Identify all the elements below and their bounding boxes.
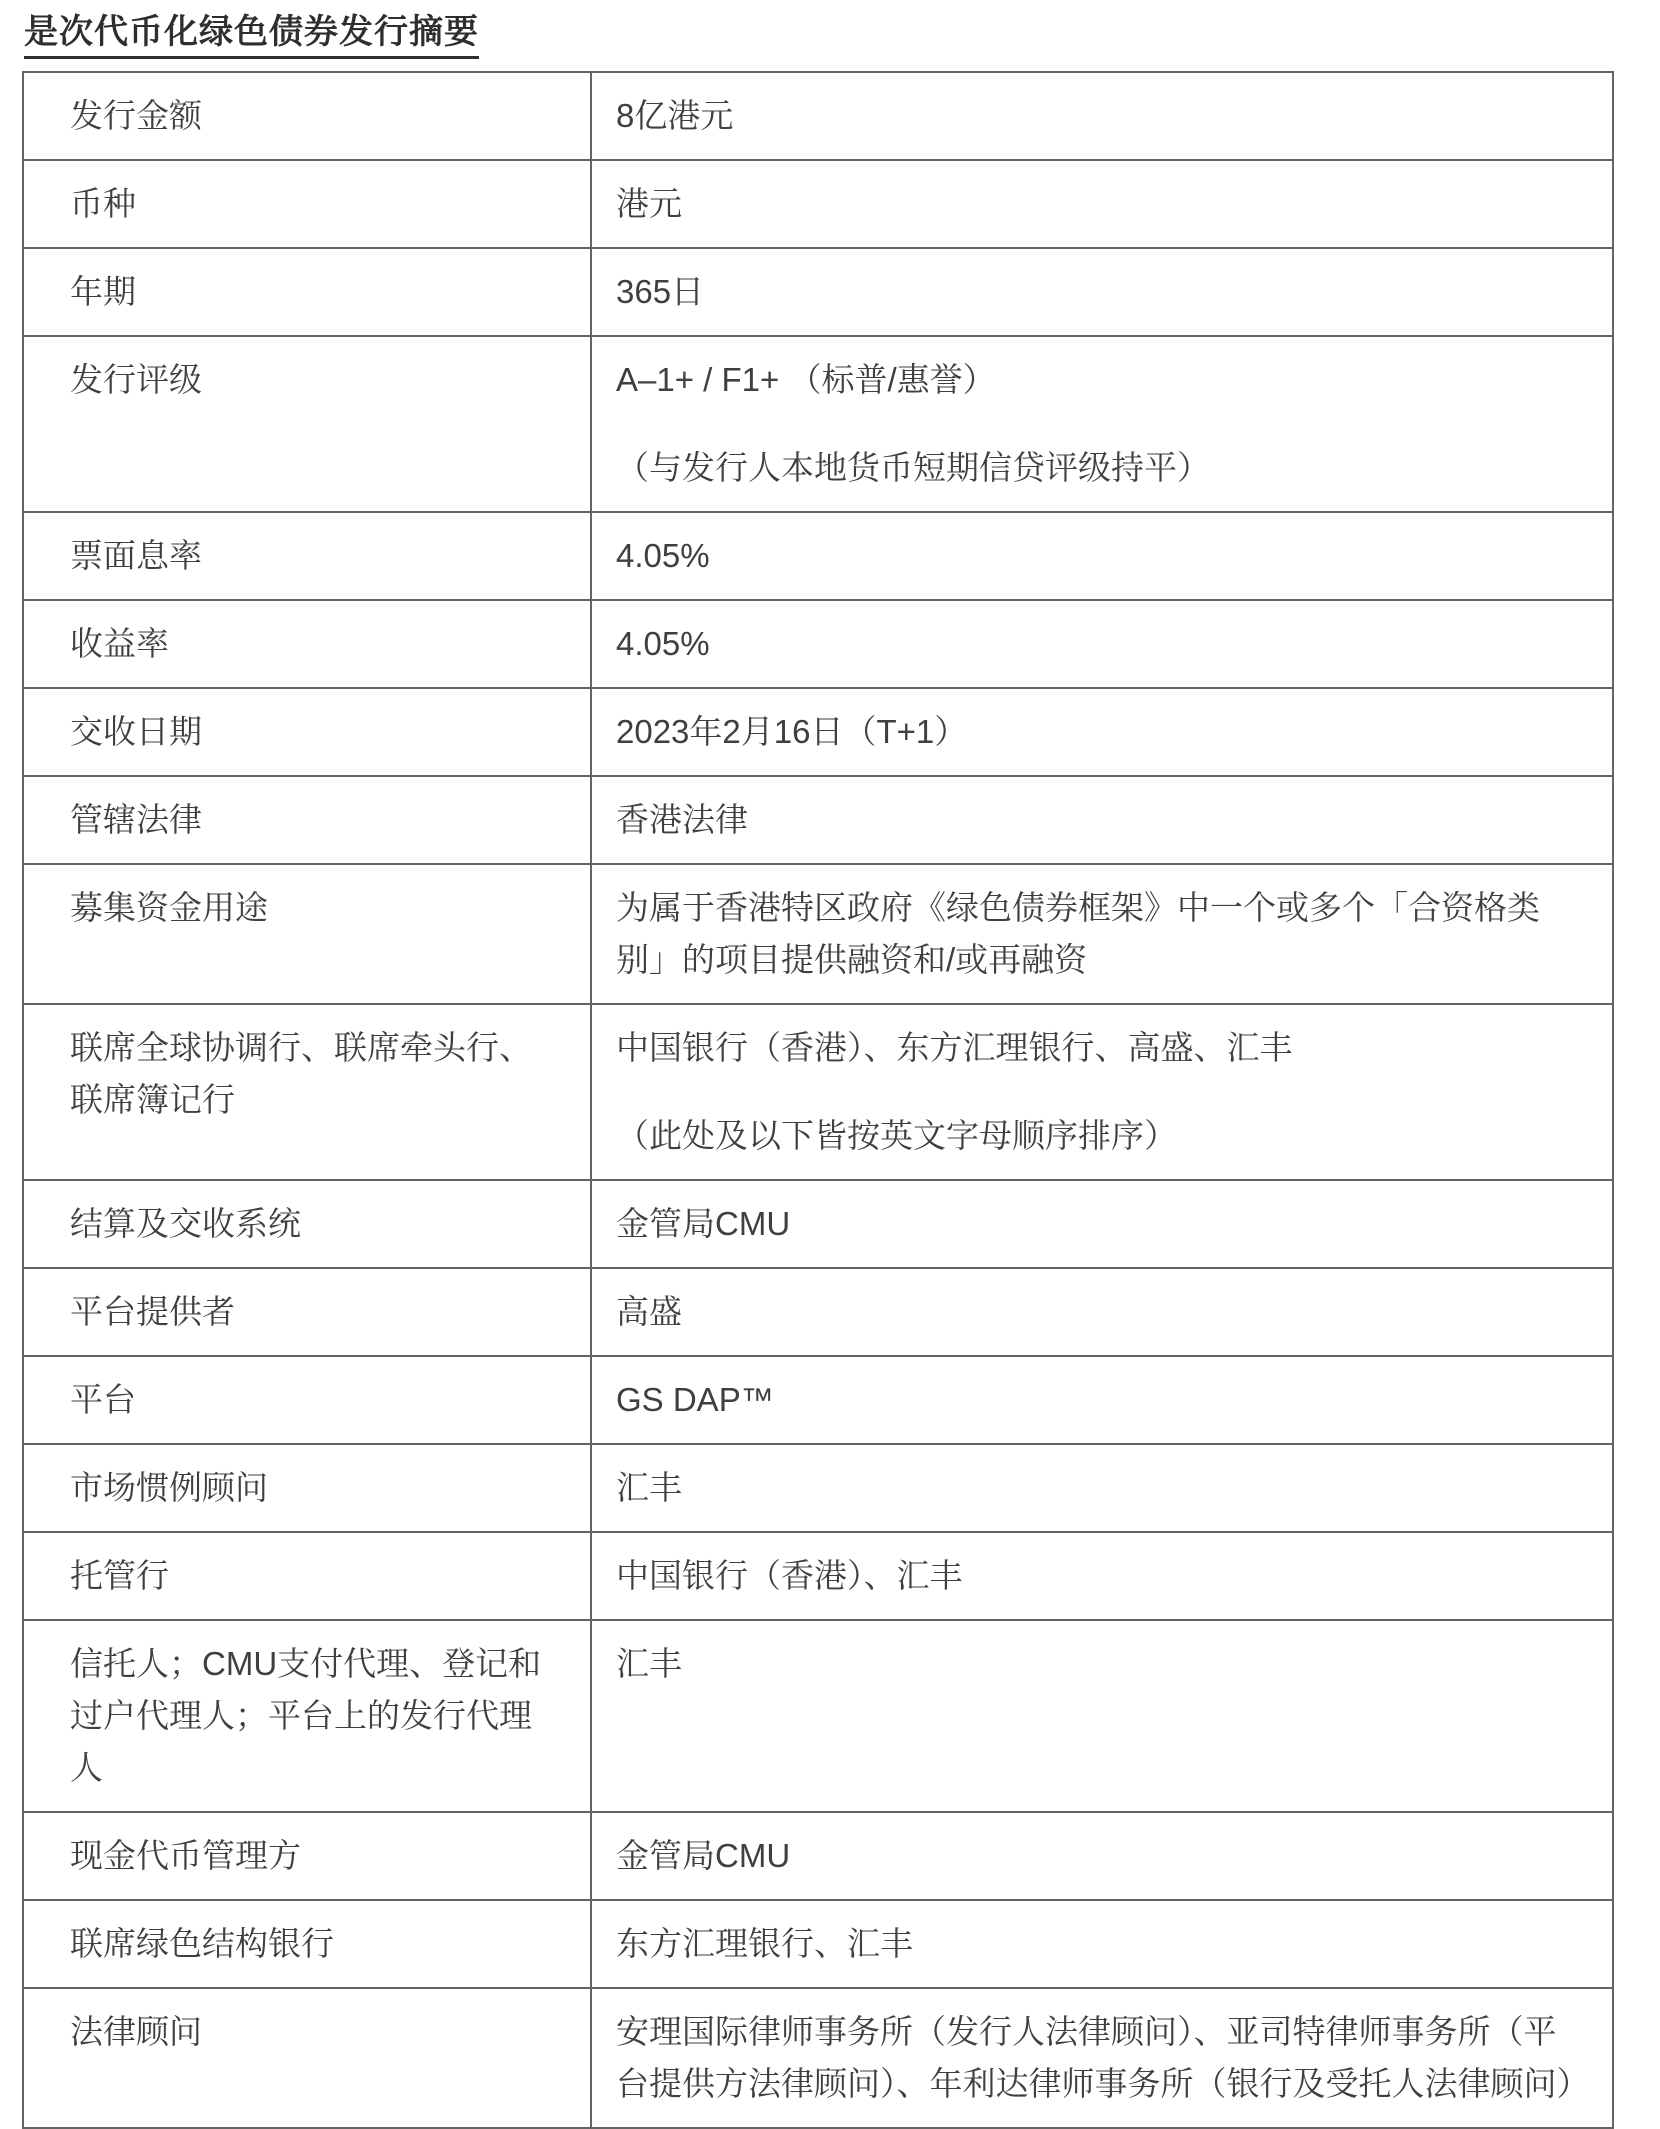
table-row-cash-token-manager: 现金代币管理方金管局CMU <box>23 1812 1613 1900</box>
row-label-platform-provider: 平台提供者 <box>23 1268 591 1356</box>
row-label-issue-rating: 发行评级 <box>23 336 591 512</box>
table-row-yield: 收益率4.05% <box>23 600 1613 688</box>
bond-summary-table: 发行金额8亿港元币种港元年期365日发行评级A–1+ / F1+ （标普/惠誉）… <box>22 71 1614 2129</box>
row-value-use-of-proceeds: 为属于香港特区政府《绿色债券框架》中一个或多个「合资格类别」的项目提供融资和/或… <box>591 864 1613 1004</box>
row-value-currency: 港元 <box>591 160 1613 248</box>
row-value-clearing-settlement-system: 金管局CMU <box>591 1180 1613 1268</box>
row-value-settlement-date: 2023年2月16日（T+1） <box>591 688 1613 776</box>
row-value-legal-advisors: 安理国际律师事务所（发行人法律顾问）、亚司特律师事务所（平台提供方法律顾问）、年… <box>591 1988 1613 2128</box>
row-label-text: 信托人；CMU支付代理、登记和过户代理人；平台上的发行代理人 <box>70 1638 562 1794</box>
row-label-text: 平台提供者 <box>70 1286 562 1338</box>
row-label-cash-token-manager: 现金代币管理方 <box>23 1812 591 1900</box>
row-value-text: 高盛 <box>616 1286 1586 1338</box>
row-label-text: 募集资金用途 <box>70 882 562 934</box>
row-value-text: 金管局CMU <box>616 1830 1586 1882</box>
row-label-text: 发行金额 <box>70 90 562 142</box>
table-row-trustee-and-agents: 信托人；CMU支付代理、登记和过户代理人；平台上的发行代理人汇丰 <box>23 1620 1613 1812</box>
row-value-text: 为属于香港特区政府《绿色债券框架》中一个或多个「合资格类别」的项目提供融资和/或… <box>616 882 1586 986</box>
table-row-clearing-settlement-system: 结算及交收系统金管局CMU <box>23 1180 1613 1268</box>
row-value-text: 中国银行（香港）、汇丰 <box>616 1550 1586 1602</box>
row-value-trustee-and-agents: 汇丰 <box>591 1620 1613 1812</box>
row-label-issue-amount: 发行金额 <box>23 72 591 160</box>
row-label-text: 结算及交收系统 <box>70 1198 562 1250</box>
row-label-joint-global-coordinators: 联席全球协调行、联席牵头行、联席簿记行 <box>23 1004 591 1180</box>
table-row-market-practice-advisor: 市场惯例顾问汇丰 <box>23 1444 1613 1532</box>
row-value-text: 港元 <box>616 178 1586 230</box>
row-label-governing-law: 管辖法律 <box>23 776 591 864</box>
row-value-text: 4.05% <box>616 530 1586 582</box>
row-value-text: 汇丰 <box>616 1462 1586 1514</box>
row-value-joint-global-coordinators: 中国银行（香港）、东方汇理银行、高盛、汇丰（此处及以下皆按英文字母顺序排序） <box>591 1004 1613 1180</box>
row-label-use-of-proceeds: 募集资金用途 <box>23 864 591 1004</box>
row-label-custodian-banks: 托管行 <box>23 1532 591 1620</box>
row-value-text: 中国银行（香港）、东方汇理银行、高盛、汇丰 <box>616 1022 1586 1074</box>
table-row-coupon-rate: 票面息率4.05% <box>23 512 1613 600</box>
row-label-yield: 收益率 <box>23 600 591 688</box>
row-value-yield: 4.05% <box>591 600 1613 688</box>
row-value-text: 2023年2月16日（T+1） <box>616 706 1586 758</box>
row-value-text: GS DAP™ <box>616 1374 1586 1426</box>
row-label-settlement-date: 交收日期 <box>23 688 591 776</box>
row-value-note: （此处及以下皆按英文字母顺序排序） <box>616 1110 1586 1162</box>
table-row-governing-law: 管辖法律香港法律 <box>23 776 1613 864</box>
row-value-platform: GS DAP™ <box>591 1356 1613 1444</box>
row-label-coupon-rate: 票面息率 <box>23 512 591 600</box>
row-value-governing-law: 香港法律 <box>591 776 1613 864</box>
table-row-issue-amount: 发行金额8亿港元 <box>23 72 1613 160</box>
document-page: 是次代币化绿色债券发行摘要 发行金额8亿港元币种港元年期365日发行评级A–1+… <box>0 0 1660 2061</box>
row-value-tenor: 365日 <box>591 248 1613 336</box>
table-row-currency: 币种港元 <box>23 160 1613 248</box>
row-label-text: 管辖法律 <box>70 794 562 846</box>
row-value-custodian-banks: 中国银行（香港）、汇丰 <box>591 1532 1613 1620</box>
page-title: 是次代币化绿色债券发行摘要 <box>24 10 479 59</box>
row-value-issue-rating: A–1+ / F1+ （标普/惠誉）（与发行人本地货币短期信贷评级持平） <box>591 336 1613 512</box>
row-value-cash-token-manager: 金管局CMU <box>591 1812 1613 1900</box>
row-value-text: 365日 <box>616 266 1586 318</box>
table-row-platform: 平台GS DAP™ <box>23 1356 1613 1444</box>
row-value-platform-provider: 高盛 <box>591 1268 1613 1356</box>
table-row-joint-green-structuring-banks: 联席绿色结构银行东方汇理银行、汇丰 <box>23 1900 1613 1988</box>
table-row-settlement-date: 交收日期2023年2月16日（T+1） <box>23 688 1613 776</box>
row-value-text: A–1+ / F1+ （标普/惠誉） <box>616 354 1586 406</box>
table-row-joint-global-coordinators: 联席全球协调行、联席牵头行、联席簿记行中国银行（香港）、东方汇理银行、高盛、汇丰… <box>23 1004 1613 1180</box>
row-value-text: 香港法律 <box>616 794 1586 846</box>
row-label-text: 交收日期 <box>70 706 562 758</box>
row-value-text: 汇丰 <box>616 1638 1586 1690</box>
row-value-text: 8亿港元 <box>616 90 1586 142</box>
row-value-text: 安理国际律师事务所（发行人法律顾问）、亚司特律师事务所（平台提供方法律顾问）、年… <box>616 2006 1586 2110</box>
row-label-text: 平台 <box>70 1374 562 1426</box>
row-label-text: 托管行 <box>70 1550 562 1602</box>
table-row-legal-advisors: 法律顾问安理国际律师事务所（发行人法律顾问）、亚司特律师事务所（平台提供方法律顾… <box>23 1988 1613 2128</box>
table-row-custodian-banks: 托管行中国银行（香港）、汇丰 <box>23 1532 1613 1620</box>
row-value-text: 4.05% <box>616 618 1586 670</box>
table-row-issue-rating: 发行评级A–1+ / F1+ （标普/惠誉）（与发行人本地货币短期信贷评级持平） <box>23 336 1613 512</box>
row-value-market-practice-advisor: 汇丰 <box>591 1444 1613 1532</box>
row-label-tenor: 年期 <box>23 248 591 336</box>
row-label-legal-advisors: 法律顾问 <box>23 1988 591 2128</box>
row-label-text: 币种 <box>70 178 562 230</box>
summary-table-body: 发行金额8亿港元币种港元年期365日发行评级A–1+ / F1+ （标普/惠誉）… <box>23 72 1613 2128</box>
row-label-text: 票面息率 <box>70 530 562 582</box>
row-label-currency: 币种 <box>23 160 591 248</box>
row-value-issue-amount: 8亿港元 <box>591 72 1613 160</box>
row-label-text: 联席全球协调行、联席牵头行、联席簿记行 <box>70 1022 562 1126</box>
row-value-text: 金管局CMU <box>616 1198 1586 1250</box>
table-row-use-of-proceeds: 募集资金用途为属于香港特区政府《绿色债券框架》中一个或多个「合资格类别」的项目提… <box>23 864 1613 1004</box>
row-label-text: 市场惯例顾问 <box>70 1462 562 1514</box>
row-label-text: 收益率 <box>70 618 562 670</box>
row-label-joint-green-structuring-banks: 联席绿色结构银行 <box>23 1900 591 1988</box>
row-value-text: 东方汇理银行、汇丰 <box>616 1918 1586 1970</box>
row-label-platform: 平台 <box>23 1356 591 1444</box>
row-label-text: 联席绿色结构银行 <box>70 1918 562 1970</box>
row-label-text: 法律顾问 <box>70 2006 562 2058</box>
row-label-text: 现金代币管理方 <box>70 1830 562 1882</box>
row-label-trustee-and-agents: 信托人；CMU支付代理、登记和过户代理人；平台上的发行代理人 <box>23 1620 591 1812</box>
row-value-joint-green-structuring-banks: 东方汇理银行、汇丰 <box>591 1900 1613 1988</box>
row-label-clearing-settlement-system: 结算及交收系统 <box>23 1180 591 1268</box>
row-value-coupon-rate: 4.05% <box>591 512 1613 600</box>
row-label-market-practice-advisor: 市场惯例顾问 <box>23 1444 591 1532</box>
row-value-note: （与发行人本地货币短期信贷评级持平） <box>616 442 1586 494</box>
table-row-tenor: 年期365日 <box>23 248 1613 336</box>
table-row-platform-provider: 平台提供者高盛 <box>23 1268 1613 1356</box>
row-label-text: 年期 <box>70 266 562 318</box>
row-label-text: 发行评级 <box>70 354 562 406</box>
